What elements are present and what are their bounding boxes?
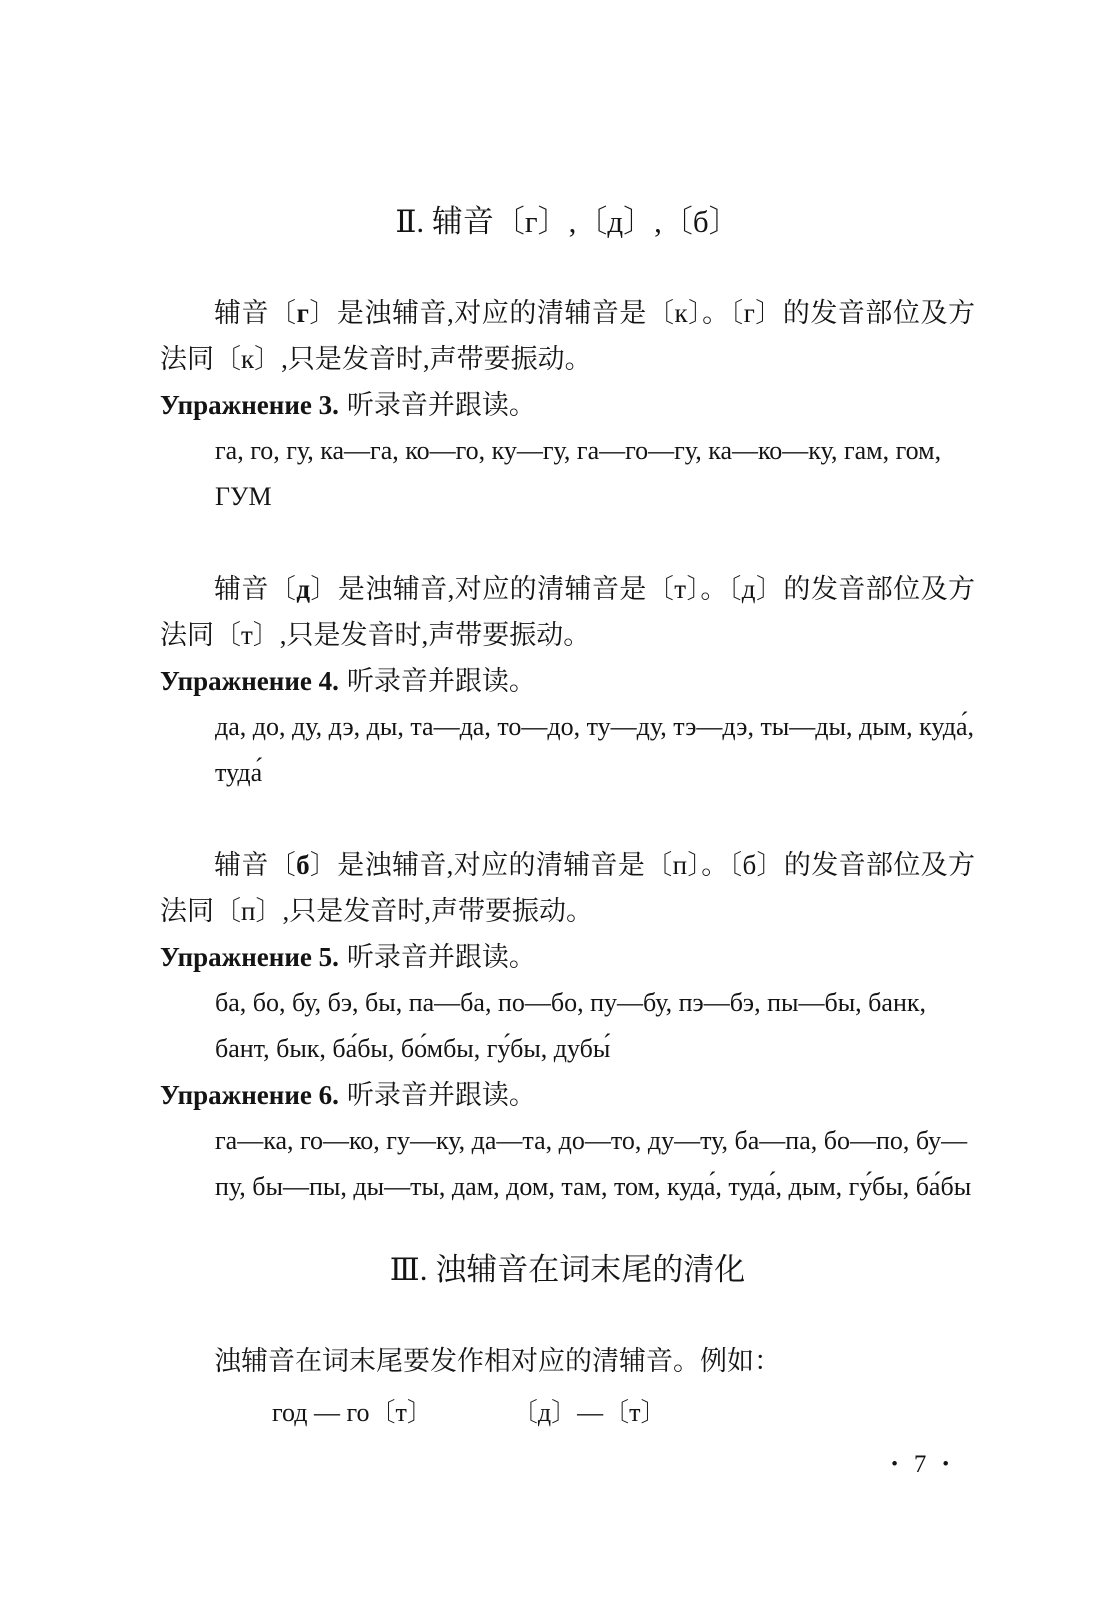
para-consonant-b: 辅音〔б〕是浊辅音,对应的清辅音是〔п〕。〔б〕的发音部位及方法同〔п〕,只是发… [160, 842, 975, 934]
exercise-5-heading: Упражнение 5.听录音并跟读。 [160, 934, 975, 980]
para-consonant-g-pre: 辅音〔 [214, 298, 297, 328]
footer-dot-right: • [942, 1454, 949, 1475]
exercise-4-content: да, до, ду, дэ, ды, та—да, то—до, ту—ду,… [160, 704, 975, 796]
example-rule: 〔д〕—〔т〕 [525, 1398, 667, 1427]
section-3-title: Ⅲ. 浊辅音在词末尾的清化 [160, 1248, 975, 1292]
para-consonant-d-letter: д [296, 574, 310, 604]
example-word: год — го〔т〕 [272, 1398, 433, 1427]
exercise-3-heading: Упражнение 3.听录音并跟读。 [160, 382, 975, 428]
page-number: 7 [914, 1451, 927, 1478]
exercise-4-heading: Упражнение 4.听录音并跟读。 [160, 658, 975, 704]
exercise-3-content: га, го, гу, ка—га, ко—го, ку—гу, га—го—г… [160, 428, 975, 520]
para-consonant-d-pre: 辅音〔 [214, 574, 296, 604]
devoicing-example: год — го〔т〕〔д〕—〔т〕 [160, 1390, 975, 1436]
exercise-6-instruction: 听录音并跟读。 [347, 1080, 536, 1110]
para-devoicing: 浊辅音在词末尾要发作相对应的清辅音。例如： [160, 1338, 975, 1384]
exercise-3-instruction: 听录音并跟读。 [347, 390, 536, 420]
exercise-5-instruction: 听录音并跟读。 [347, 942, 536, 972]
footer-dot-left: • [891, 1454, 898, 1475]
exercise-4-instruction: 听录音并跟读。 [347, 666, 536, 696]
para-consonant-b-letter: б [296, 850, 310, 880]
exercise-3-label: Упражнение 3. [160, 390, 339, 420]
para-consonant-d: 辅音〔д〕是浊辅音,对应的清辅音是〔т〕。〔д〕的发音部位及方法同〔т〕,只是发… [160, 566, 975, 658]
exercise-5-label: Упражнение 5. [160, 942, 339, 972]
exercise-6-label: Упражнение 6. [160, 1080, 339, 1110]
para-consonant-g: 辅音〔г〕是浊辅音,对应的清辅音是〔к〕。〔г〕的发音部位及方法同〔к〕,只是发… [160, 290, 975, 382]
para-consonant-g-letter: г [297, 298, 309, 328]
textbook-page: Ⅱ. 辅音〔г〕,〔д〕,〔б〕 辅音〔г〕是浊辅音,对应的清辅音是〔к〕。〔г… [0, 0, 1104, 1599]
page-footer: •7• [160, 1450, 975, 1480]
exercise-6-content: га—ка, го—ко, гу—ку, да—та, до—то, ду—ту… [160, 1118, 975, 1210]
section-2-title: Ⅱ. 辅音〔г〕,〔д〕,〔б〕 [160, 200, 975, 244]
para-consonant-b-pre: 辅音〔 [214, 850, 296, 880]
exercise-5-content: ба, бо, бу, бэ, бы, па—ба, по—бо, пу—бу,… [160, 980, 975, 1072]
exercise-4-label: Упражнение 4. [160, 666, 339, 696]
exercise-6-heading: Упражнение 6.听录音并跟读。 [160, 1072, 975, 1118]
